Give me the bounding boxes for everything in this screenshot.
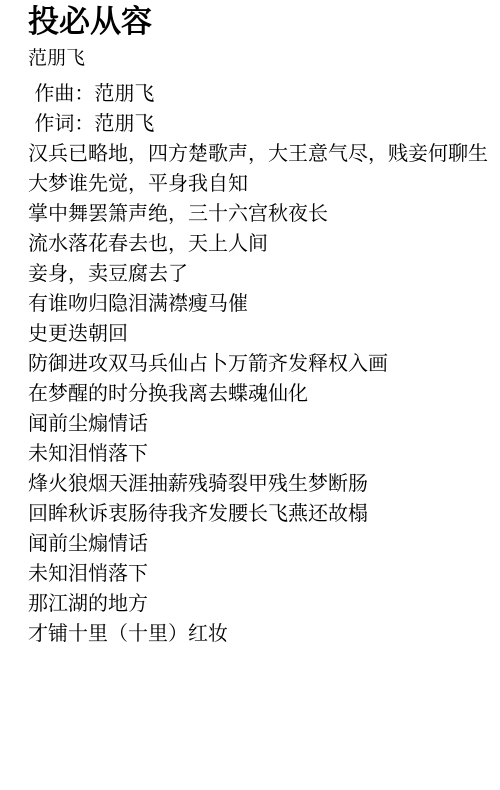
lyric-line: 闻前尘煽情话 bbox=[28, 408, 495, 438]
lyric-line: 有谁吻归隐泪满襟瘦马催 bbox=[28, 288, 495, 318]
lyric-line: 防御进攻双马兵仙占卜万箭齐发释权入画 bbox=[28, 348, 495, 378]
lyric-line: 汉兵已略地，四方楚歌声，大王意气尽，贱妾何聊生 bbox=[28, 138, 495, 168]
lyric-line: 未知泪悄落下 bbox=[28, 438, 495, 468]
credit-line-lyricist: 作词：范朋飞 bbox=[28, 108, 495, 138]
lyric-line: 闻前尘煽情话 bbox=[28, 528, 495, 558]
lyric-line: 妾身，卖豆腐去了 bbox=[28, 258, 495, 288]
lyric-line: 才铺十里（十里）红妆 bbox=[28, 618, 495, 648]
lyric-line: 烽火狼烟天涯抽薪残骑裂甲残生梦断肠 bbox=[28, 468, 495, 498]
artist-name: 范朋飞 bbox=[28, 48, 495, 68]
lyrics-page: 投必从容 范朋飞 作曲：范朋飞 作词：范朋飞 汉兵已略地，四方楚歌声，大王意气尽… bbox=[0, 0, 500, 790]
lyric-line: 史更迭朝回 bbox=[28, 318, 495, 348]
lyric-line: 掌中舞罢箫声绝，三十六宫秋夜长 bbox=[28, 198, 495, 228]
lyric-line: 在梦醒的时分换我离去蝶魂仙化 bbox=[28, 378, 495, 408]
lyric-line: 流水落花春去也，天上人间 bbox=[28, 228, 495, 258]
lyrics-block: 作曲：范朋飞 作词：范朋飞 汉兵已略地，四方楚歌声，大王意气尽，贱妾何聊生 大梦… bbox=[28, 78, 495, 648]
lyric-line: 那江湖的地方 bbox=[28, 588, 495, 618]
lyric-line: 大梦谁先觉，平身我自知 bbox=[28, 168, 495, 198]
credit-line-composer: 作曲：范朋飞 bbox=[28, 78, 495, 108]
song-title: 投必从容 bbox=[28, 5, 495, 39]
lyric-line: 未知泪悄落下 bbox=[28, 558, 495, 588]
lyric-line: 回眸秋诉衷肠待我齐发腰长飞燕还故榻 bbox=[28, 498, 495, 528]
